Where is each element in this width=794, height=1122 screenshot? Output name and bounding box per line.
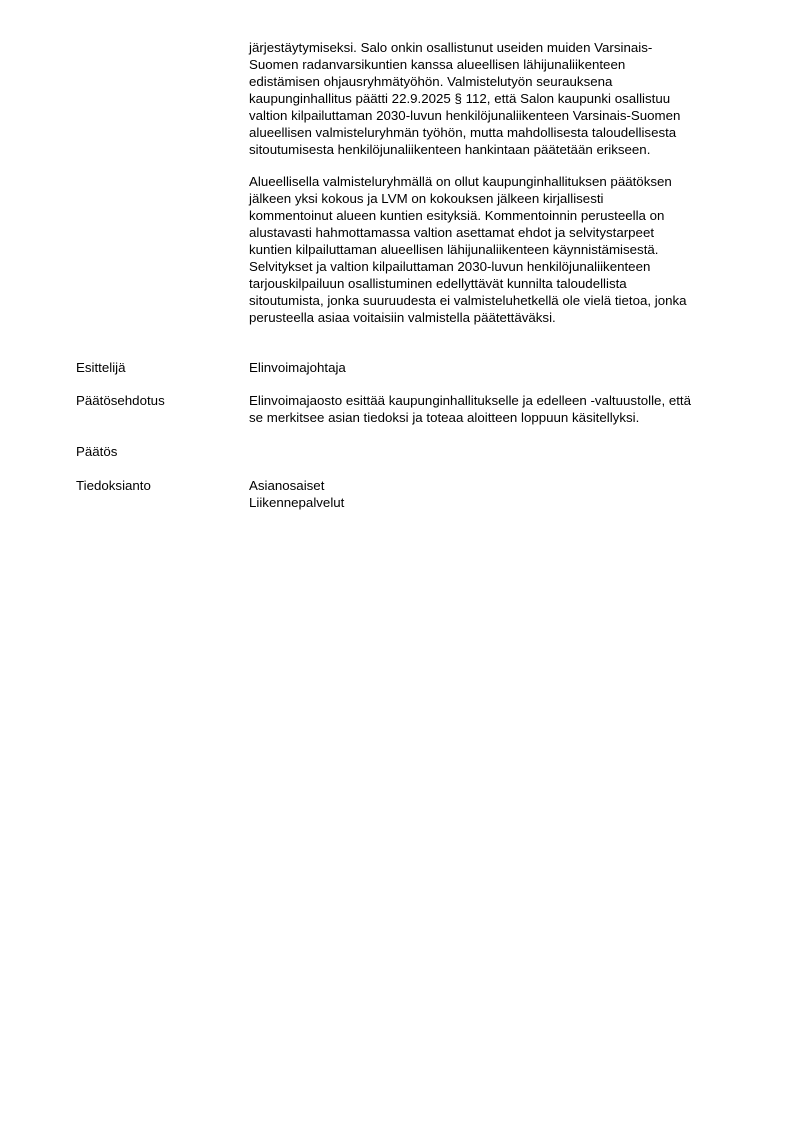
text-line: kuntien kilpailuttaman alueellisen lähij…: [249, 241, 744, 258]
text-line: se merkitsee asian tiedoksi ja toteaa al…: [249, 409, 744, 426]
text-line: perusteella asiaa voitaisiin valmistella…: [249, 309, 744, 326]
text-line: edistämisen ohjausryhmätyöhön. Valmistel…: [249, 73, 744, 90]
field-label: Esittelijä: [76, 359, 126, 376]
paragraph-2: Alueellisella valmisteluryhmällä on ollu…: [249, 173, 744, 326]
text-line: Suomen radanvarsikuntien kanssa alueelli…: [249, 56, 744, 73]
text-line: alueellisen valmisteluryhmän työhön, mut…: [249, 124, 744, 141]
text-line: Liikennepalvelut: [249, 494, 744, 511]
text-line: valtion kilpailuttaman 2030-luvun henkil…: [249, 107, 744, 124]
paragraph-1: järjestäytymiseksi. Salo onkin osallistu…: [249, 39, 744, 158]
text-line: sitoutumisesta henkilöjunaliikenteen han…: [249, 141, 744, 158]
text-line: jälkeen yksi kokous ja LVM on kokouksen …: [249, 190, 744, 207]
text-line: tarjouskilpailuun osallistuminen edellyt…: [249, 275, 744, 292]
text-line: järjestäytymiseksi. Salo onkin osallistu…: [249, 39, 744, 56]
text-line: Elinvoimajaosto esittää kaupunginhallitu…: [249, 392, 744, 409]
text-line: Selvitykset ja valtion kilpailuttaman 20…: [249, 258, 744, 275]
field-value: Elinvoimajaosto esittää kaupunginhallitu…: [249, 392, 744, 426]
field-value: Asianosaiset Liikennepalvelut: [249, 477, 744, 511]
text-line: kaupunginhallitus päätti 22.9.2025 § 112…: [249, 90, 744, 107]
field-label: Päätös: [76, 443, 117, 460]
field-label: Päätösehdotus: [76, 392, 165, 409]
text-line: Elinvoimajohtaja: [249, 359, 744, 376]
field-label: Tiedoksianto: [76, 477, 151, 494]
field-value: Elinvoimajohtaja: [249, 359, 744, 376]
text-line: kommentoinut alueen kuntien esityksiä. K…: [249, 207, 744, 224]
text-line: Alueellisella valmisteluryhmällä on ollu…: [249, 173, 744, 190]
text-line: Asianosaiset: [249, 477, 744, 494]
text-line: sitoutumista, jonka suuruudesta ei valmi…: [249, 292, 744, 309]
text-line: alustavasti hahmottamassa valtion asetta…: [249, 224, 744, 241]
